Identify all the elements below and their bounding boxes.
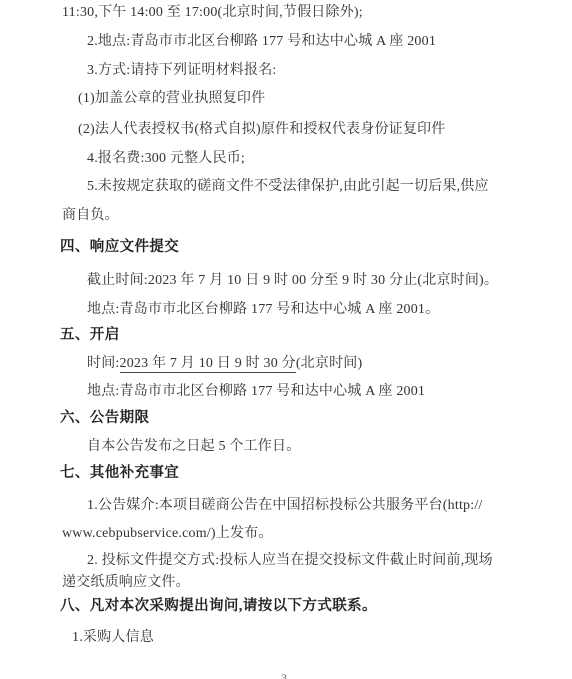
submission-method-line-2: 递交纸质响应文件。: [62, 574, 190, 591]
announcement-media-line-2: www.cebpubservice.com/)上发布。: [62, 525, 273, 542]
opening-time-suffix: (北京时间): [296, 356, 363, 371]
purchaser-info-label: 1.采购人信息: [72, 629, 154, 646]
page-number: 3: [281, 672, 293, 679]
registration-location-line: 2.地点:青岛市市北区台柳路 177 号和达中心城 A 座 2001: [87, 33, 436, 50]
section-7-heading: 七、其他补充事宜: [60, 465, 179, 482]
legal-notice-line-1: 5.未按规定获取的磋商文件不受法律保护,由此引起一切后果,供应: [87, 178, 489, 195]
material-item-2: (2)法人代表授权书(格式自拟)原件和授权代表身份证复印件: [78, 121, 445, 138]
announcement-period-line: 自本公告发布之日起 5 个工作日。: [87, 438, 300, 455]
opening-time-line: 时间:2023 年 7 月 10 日 9 时 30 分(北京时间): [87, 355, 362, 372]
submission-method-line-1: 2. 投标文件提交方式:投标人应当在提交投标文件截止时间前,现场: [87, 552, 493, 569]
opening-location-line: 地点:青岛市市北区台柳路 177 号和达中心城 A 座 2001: [87, 383, 425, 400]
opening-time-label: 时间:: [87, 356, 120, 371]
section-8-heading: 八、凡对本次采购提出询问,请按以下方式联系。: [60, 598, 377, 615]
section-5-heading: 五、开启: [60, 327, 120, 344]
announcement-media-line-1: 1.公告媒介:本项目磋商公告在中国招标投标公共服务平台(http://: [87, 497, 483, 514]
document-page: 11:30,下午 14:00 至 17:00(北京时间,节假日除外); 2.地点…: [0, 0, 572, 679]
opening-time-underlined: 2023 年 7 月 10 日 9 时 30 分: [120, 356, 296, 373]
section-4-heading: 四、响应文件提交: [60, 239, 179, 256]
office-hours-line: 11:30,下午 14:00 至 17:00(北京时间,节假日除外);: [62, 4, 363, 21]
page-number-digit: 3: [281, 672, 293, 679]
submission-location-line: 地点:青岛市市北区台柳路 177 号和达中心城 A 座 2001。: [87, 301, 439, 318]
section-6-heading: 六、公告期限: [60, 410, 149, 427]
material-item-1: (1)加盖公章的营业执照复印件: [78, 90, 265, 107]
legal-notice-line-2: 商自负。: [62, 207, 119, 224]
registration-fee-line: 4.报名费:300 元整人民币;: [87, 150, 245, 167]
submission-deadline-line: 截止时间:2023 年 7 月 10 日 9 时 00 分至 9 时 30 分止…: [87, 272, 498, 289]
registration-method-line: 3.方式:请持下列证明材料报名:: [87, 62, 276, 79]
